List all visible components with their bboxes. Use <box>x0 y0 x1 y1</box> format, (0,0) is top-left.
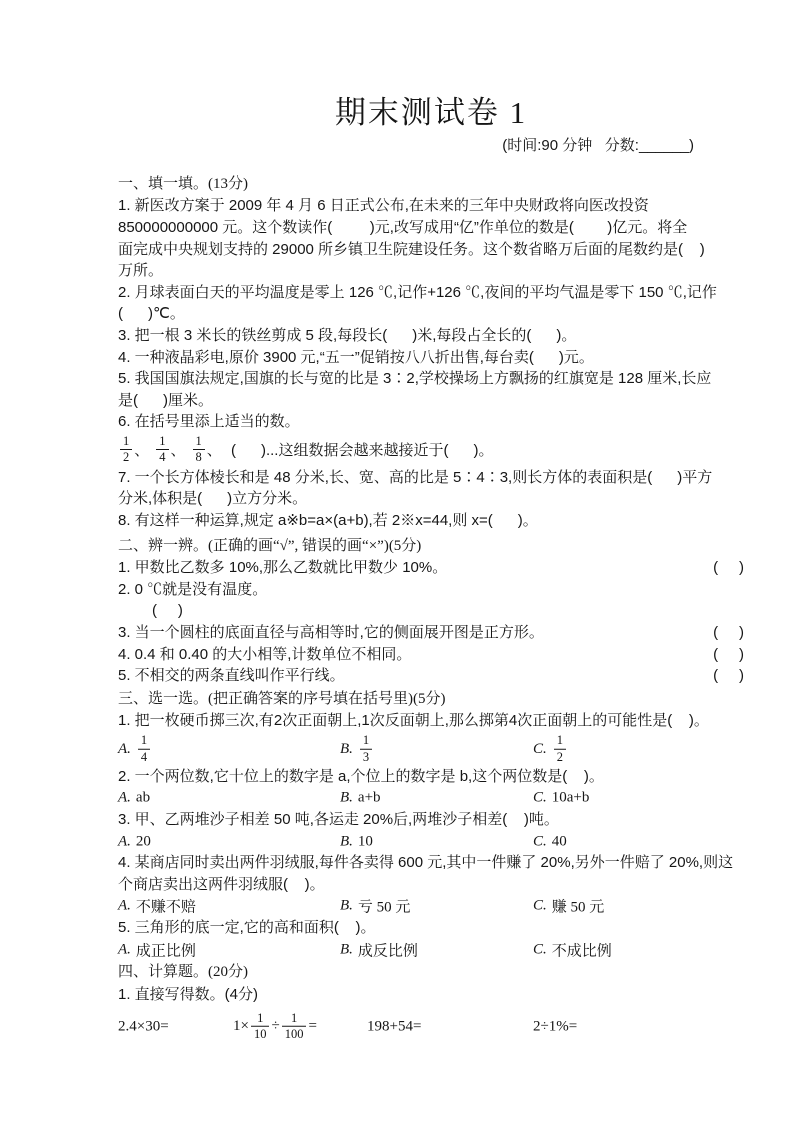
separator: 、 <box>134 439 149 460</box>
option-letter: B. <box>340 741 353 758</box>
fraction-numerator: 1 <box>282 1011 307 1027</box>
calc-expression: 2÷1%= <box>533 1018 577 1035</box>
fraction-sequence-line: 12 、 14 、 18 、 ( )...这组数据会越来越接近于( )。 <box>118 433 744 467</box>
separator: 、 <box>171 439 186 460</box>
answer-blank: ( ) <box>713 622 744 644</box>
option-letter: B. <box>340 833 353 850</box>
options-row: A.成正比例 B.成反比例 C.不成比例 <box>118 939 744 961</box>
section-calculation: 四、计算题。(20分) 1. 直接写得数。(4分) 2.4×30= 1× 110… <box>118 962 744 1047</box>
section-fill-in: 一、填一填。(13分) 1. 新医改方案于 2009 年 4 月 6 日正式公布… <box>118 174 744 532</box>
fraction-denominator: 100 <box>282 1027 307 1042</box>
option-letter: B. <box>340 790 353 807</box>
option-letter: C. <box>533 790 547 807</box>
option-c: C.10a+b <box>533 790 589 807</box>
calc-expression: 2.4×30= <box>118 1018 169 1035</box>
answer-blank: ( ) <box>713 557 744 579</box>
fraction-denominator: 2 <box>120 450 132 465</box>
question-line: 面完成中央规划支持的 29000 所乡镇卫生院建设任务。这个数省略万后面的尾数约… <box>118 239 744 261</box>
option-text: 10 <box>358 833 373 850</box>
options-row: A. 14 B. 13 C. 12 <box>118 732 744 766</box>
option-letter: A. <box>118 741 131 758</box>
question-line: 3. 把一根 3 米长的铁丝剪成 5 段,每段长( )米,每段占全长的( )。 <box>118 325 744 347</box>
question-line: 3. 当一个圆柱的底面直径与高相等时,它的侧面展开图是正方形。 <box>118 622 544 644</box>
question-line: 个商店卖出这两件羽绒服( )。 <box>118 874 744 896</box>
question-line: 4. 某商店同时卖出两件羽绒服,每件各卖得 600 元,其中一件赚了 20%,另… <box>118 852 744 874</box>
question-line: 1. 新医改方案于 2009 年 4 月 6 日正式公布,在未来的三年中央财政将… <box>118 195 744 217</box>
tf-item: 5. 不相交的两条直线叫作平行线。 ( ) <box>118 665 744 687</box>
question-line: 1. 甲数比乙数多 10%,那么乙数就比甲数少 10%。 <box>118 557 447 579</box>
option-letter: B. <box>340 898 353 915</box>
section-multiple-choice: 三、选一选。(把正确答案的序号填在括号里)(5分) 1. 把一枚硬币掷三次,有2… <box>118 689 744 961</box>
fraction-numerator: 1 <box>120 435 132 451</box>
options-row: A.不赚不赔 B.亏 50 元 C.赚 50 元 <box>118 896 744 918</box>
option-text: 40 <box>552 833 567 850</box>
option-a: A. 14 <box>118 734 152 765</box>
option-b: B. 13 <box>340 734 374 765</box>
fraction: 12 <box>120 435 132 466</box>
option-a: A.ab <box>118 790 150 807</box>
option-text: 10a+b <box>552 790 590 807</box>
option-a: A.20 <box>118 833 151 850</box>
option-letter: A. <box>118 898 131 915</box>
section-3-heading: 三、选一选。(把正确答案的序号填在括号里)(5分) <box>118 689 744 711</box>
option-text: ab <box>136 790 150 807</box>
fraction-numerator: 1 <box>138 734 150 750</box>
section-1-heading: 一、填一填。(13分) <box>118 174 744 196</box>
tf-item: 1. 甲数比乙数多 10%,那么乙数就比甲数少 10%。 ( ) <box>118 557 744 579</box>
calc-part: = <box>308 1018 316 1035</box>
option-c: C.40 <box>533 833 567 850</box>
calc-part: ÷ <box>271 1018 279 1035</box>
question-line: 是( )厘米。 <box>118 390 744 412</box>
tf-item: 2. 0 ℃就是没有温度。 <box>118 579 744 601</box>
option-text: 不成比例 <box>552 939 612 960</box>
tf-item: 4. 0.4 和 0.40 的大小相等,计数单位不相同。 ( ) <box>118 644 744 666</box>
fraction-denominator: 10 <box>251 1027 270 1042</box>
fraction: 13 <box>360 734 372 765</box>
question-line: 4. 0.4 和 0.40 的大小相等,计数单位不相同。 <box>118 644 411 666</box>
option-text: 赚 50 元 <box>552 896 605 917</box>
question-line: ( )℃。 <box>118 303 744 325</box>
page-title: 期末测试卷 1 <box>118 94 744 133</box>
option-letter: B. <box>340 941 353 958</box>
calc-part: 1× <box>233 1018 249 1035</box>
fraction: 14 <box>156 435 168 466</box>
fraction-denominator: 2 <box>554 750 566 765</box>
fraction-numerator: 1 <box>156 435 168 451</box>
tf-item: 3. 当一个圆柱的底面直径与高相等时,它的侧面展开图是正方形。 ( ) <box>118 622 744 644</box>
question-line: 5. 我国国旗法规定,国旗的长与宽的比是 3∶2,学校操场上方飘扬的红旗宽是 1… <box>118 368 744 390</box>
option-a: A.不赚不赔 <box>118 896 196 917</box>
question-line: 850000000000 元。这个数读作( )元,改写成用“亿”作单位的数是( … <box>118 217 744 239</box>
fraction: 1100 <box>282 1011 307 1042</box>
option-letter: C. <box>533 941 547 958</box>
option-b: B.亏 50 元 <box>340 896 410 917</box>
fraction-numerator: 1 <box>554 734 566 750</box>
option-letter: C. <box>533 898 547 915</box>
question-line: 2. 一个两位数,它十位上的数字是 a,个位上的数字是 b,这个两位数是( )。 <box>118 766 744 788</box>
option-text: 成反比例 <box>358 939 418 960</box>
question-line: 3. 甲、乙两堆沙子相差 50 吨,各运走 20%后,两堆沙子相差( )吨。 <box>118 809 744 831</box>
calculation-row: 2.4×30= 1× 110 ÷ 1100 = 198+54= 2÷1%= <box>118 1006 744 1048</box>
fraction-numerator: 1 <box>360 734 372 750</box>
options-row: A.20 B.10 C.40 <box>118 831 744 853</box>
option-text: a+b <box>358 790 381 807</box>
fraction: 14 <box>138 734 150 765</box>
option-b: B.10 <box>340 833 373 850</box>
fraction-denominator: 4 <box>138 750 150 765</box>
question-line: 5. 不相交的两条直线叫作平行线。 <box>118 665 345 687</box>
option-b: B.成反比例 <box>340 939 418 960</box>
option-letter: A. <box>118 941 131 958</box>
option-letter: A. <box>118 790 131 807</box>
option-text: 不赚不赔 <box>136 896 196 917</box>
question-line: 8. 有这样一种运算,规定 a※b=a×(a+b),若 2※x=44,则 x=(… <box>118 510 744 532</box>
options-row: A.ab B.a+b C.10a+b <box>118 788 744 810</box>
question-line: 5. 三角形的底一定,它的高和面积( )。 <box>118 917 744 939</box>
fraction-denominator: 4 <box>156 450 168 465</box>
option-letter: A. <box>118 833 131 850</box>
subsection-heading: 1. 直接写得数。(4分) <box>118 984 744 1006</box>
option-text: 成正比例 <box>136 939 196 960</box>
calc-expression: 198+54= <box>367 1018 421 1035</box>
calc-expression: 1× 110 ÷ 1100 = <box>233 1011 317 1042</box>
tf-item-continuation: ( ) <box>118 600 744 622</box>
separator: 、 <box>207 439 222 460</box>
fraction: 18 <box>193 435 205 466</box>
section-2-heading: 二、辨一辨。(正确的画“√”, 错误的画“×”)(5分) <box>118 536 744 558</box>
fraction-numerator: 1 <box>193 435 205 451</box>
question-line: 2. 月球表面白天的平均温度是零上 126 ℃,记作+126 ℃,夜间的平均气温… <box>118 282 744 304</box>
option-c: C.赚 50 元 <box>533 896 604 917</box>
question-line: ( )...这组数据会越来越接近于( )。 <box>227 439 494 460</box>
fraction: 12 <box>554 734 566 765</box>
question-line: 1. 把一枚硬币掷三次,有2次正面朝上,1次反面朝上,那么掷第4次正面朝上的可能… <box>118 710 744 732</box>
time-score-line: (时间:90 分钟 分数:______) <box>118 135 744 156</box>
question-line: 万所。 <box>118 260 744 282</box>
option-text: 20 <box>136 833 151 850</box>
test-paper-page: 期末测试卷 1 (时间:90 分钟 分数:______) 一、填一填。(13分)… <box>0 0 793 1122</box>
question-line: 分米,体积是( )立方分米。 <box>118 488 744 510</box>
fraction-numerator: 1 <box>251 1011 270 1027</box>
answer-blank: ( ) <box>713 665 744 687</box>
question-line: 6. 在括号里添上适当的数。 <box>118 411 744 433</box>
question-line: 2. 0 ℃就是没有温度。 <box>118 579 267 601</box>
section-true-false: 二、辨一辨。(正确的画“√”, 错误的画“×”)(5分) 1. 甲数比乙数多 1… <box>118 536 744 687</box>
answer-blank: ( ) <box>713 644 744 666</box>
option-letter: C. <box>533 833 547 850</box>
option-letter: C. <box>533 741 547 758</box>
question-line: 7. 一个长方体棱长和是 48 分米,长、宽、高的比是 5∶4∶3,则长方体的表… <box>118 467 744 489</box>
option-text: 亏 50 元 <box>358 896 411 917</box>
section-4-heading: 四、计算题。(20分) <box>118 962 744 984</box>
fraction: 110 <box>251 1011 270 1042</box>
question-line: 4. 一种液晶彩电,原价 3900 元,“五一”促销按八八折出售,每台卖( )元… <box>118 347 744 369</box>
page-content: 期末测试卷 1 (时间:90 分钟 分数:______) 一、填一填。(13分)… <box>118 94 744 1048</box>
option-b: B.a+b <box>340 790 381 807</box>
fraction-denominator: 3 <box>360 750 372 765</box>
fraction-denominator: 8 <box>193 450 205 465</box>
option-c: C. 12 <box>533 734 568 765</box>
option-c: C.不成比例 <box>533 939 612 960</box>
option-a: A.成正比例 <box>118 939 196 960</box>
